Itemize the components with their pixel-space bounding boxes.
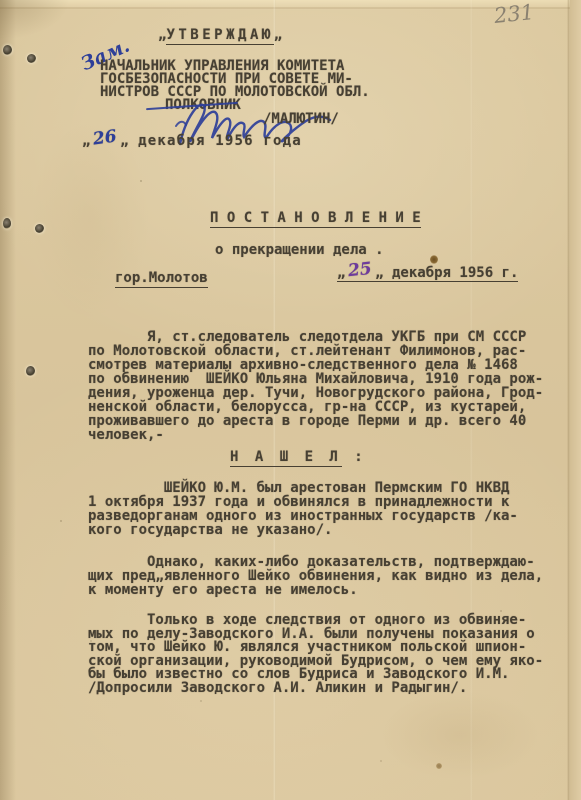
paper-spot xyxy=(436,763,442,769)
quote-mark: „ xyxy=(337,266,345,280)
paper-right-margin xyxy=(570,0,581,800)
approval-name: /МАЛЮТИН/ xyxy=(263,112,339,126)
section-heading-nashel: Н А Ш Е Л : xyxy=(230,450,367,464)
punch-hole xyxy=(35,224,44,233)
quote-mark: „ xyxy=(120,134,128,148)
punch-hole xyxy=(27,54,36,63)
paper-left-shadow xyxy=(0,0,16,800)
paragraph: ШЕЙКО Ю.М. был арестован Пермским ГО НКВ… xyxy=(88,481,518,537)
dateline-date: „25„ декабря 1956 г. xyxy=(337,266,518,282)
quote-mark: „ xyxy=(274,27,282,43)
punch-hole xyxy=(3,45,12,55)
handwritten-day: 26 xyxy=(93,129,118,146)
dateline-city: гор.Молотов xyxy=(115,271,208,285)
document-page: 231 „УТВЕРЖДАЮ„ Зам. НАЧАЛЬНИК УПРАВЛЕНИ… xyxy=(0,0,581,800)
document-title: П О С Т А Н О В Л Е Н И Е xyxy=(210,211,421,225)
quote-mark: „ xyxy=(82,134,90,148)
paper-specks xyxy=(0,0,2,2)
paper-stain xyxy=(380,690,540,780)
punch-hole xyxy=(3,218,11,229)
document-subtitle: о прекращении дела . xyxy=(215,243,384,257)
paper-stain xyxy=(30,120,150,320)
punch-hole xyxy=(26,366,35,376)
approval-title: НАЧАЛЬНИК УПРАВЛЕНИЯ КОМИТЕТА ГОСБЕЗОПАС… xyxy=(100,60,370,99)
approval-date: „26„ декабря 1956 года xyxy=(82,134,302,148)
paper-corner-shadow xyxy=(0,0,70,40)
nashel-colon: : xyxy=(342,449,367,465)
dateline-city-text: гор.Молотов xyxy=(115,270,208,288)
page-number-annotation: 231 xyxy=(493,0,535,28)
approval-stamp: „УТВЕРЖДАЮ„ xyxy=(158,28,282,42)
document-title-text: П О С Т А Н О В Л Е Н И Е xyxy=(210,210,421,228)
quote-mark: „ xyxy=(375,266,383,280)
paper-spot xyxy=(430,255,438,264)
nashel-word: Н А Ш Е Л xyxy=(230,449,342,467)
paragraph: Я, ст.следователь следотдела УКГБ при СМ… xyxy=(88,330,543,442)
paragraph: Только в ходе следствия от одного из обв… xyxy=(88,614,543,695)
approval-date-text: декабря 1956 года xyxy=(129,134,302,148)
paragraph: Однако, каких-либо доказательств, подтве… xyxy=(88,555,543,597)
dateline-date-text: декабря 1956 г. xyxy=(384,266,519,280)
handwritten-day: 25 xyxy=(348,262,373,278)
approval-stamp-word: УТВЕРЖДАЮ xyxy=(166,27,273,45)
